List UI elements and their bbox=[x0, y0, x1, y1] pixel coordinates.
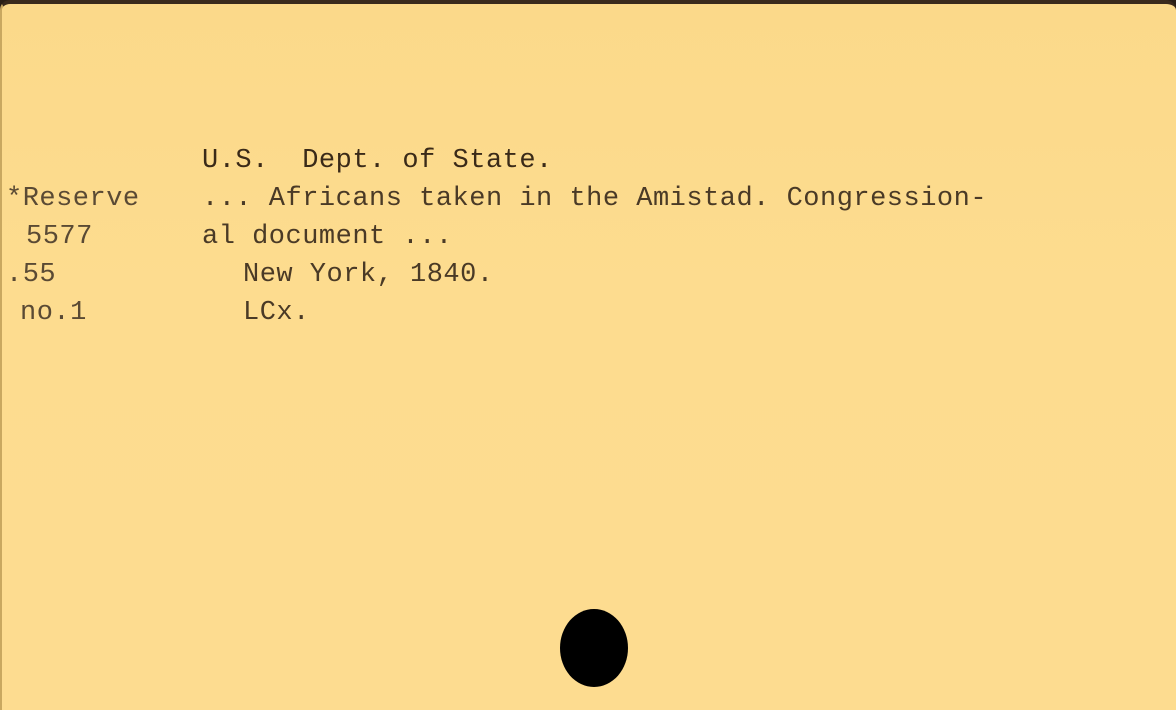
punch-hole-icon bbox=[560, 609, 628, 687]
catalog-card: *Reserve 5577 .55 no.1 U.S. Dept. of Sta… bbox=[0, 0, 1176, 710]
entry-heading: U.S. Dept. of State. bbox=[202, 146, 553, 176]
call-number-cutter: .55 bbox=[6, 260, 56, 290]
call-number-reserve: *Reserve bbox=[6, 184, 140, 214]
call-number-volume: no.1 bbox=[20, 298, 87, 328]
call-number-class: 5577 bbox=[26, 222, 93, 252]
entry-title-line2: al document ... bbox=[202, 222, 453, 252]
entry-note: LCx. bbox=[243, 298, 310, 328]
entry-imprint: New York, 1840. bbox=[243, 260, 494, 290]
entry-title-line1: ... Africans taken in the Amistad. Congr… bbox=[202, 184, 987, 214]
